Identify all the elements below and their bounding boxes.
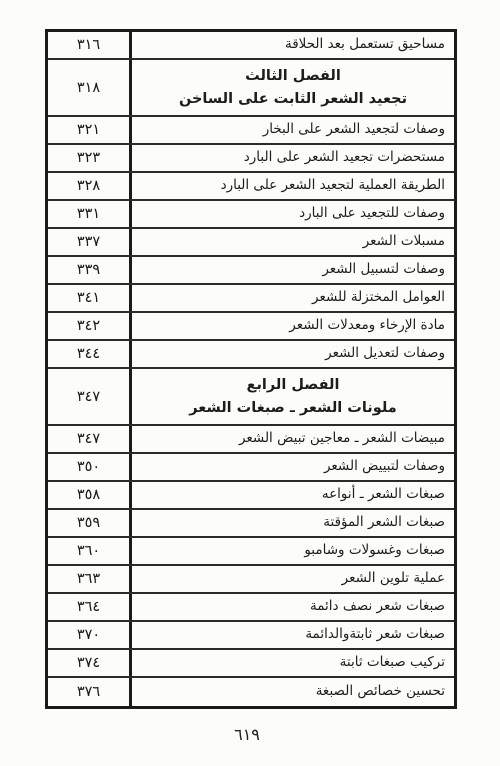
toc-entry-title: وصفات لتبييض الشعر	[132, 454, 454, 480]
toc-page-number: ٣٤٤	[48, 341, 132, 367]
toc-page-number: ٣٤٢	[48, 313, 132, 339]
toc-entry-title: وصفات لتجعيد الشعر على البخار	[132, 117, 454, 143]
toc-item-row: ٣٤٧مبيضات الشعر ـ معاجين تبيض الشعر	[48, 426, 454, 454]
toc-entry-title: مساحيق تستعمل بعد الحلاقة	[132, 32, 454, 58]
toc-page-number: ٣١٦	[48, 32, 132, 58]
chapter-subtitle: تجعيد الشعر الثابت على الساخن	[136, 91, 450, 108]
toc-chapter-title: الفصل الثالثتجعيد الشعر الثابت على الساخ…	[132, 60, 454, 115]
toc-item-row: ٣٧٤تركيب صبغات ثابتة	[48, 650, 454, 678]
toc-entry-title: صبغات الشعر ـ أنواعه	[132, 482, 454, 508]
toc-page-number: ٣٧٠	[48, 622, 132, 648]
toc-page-number: ٣٥٩	[48, 510, 132, 536]
toc-item-row: ٣٧٠صبغات شعر ثابتةوالدائمة	[48, 622, 454, 650]
toc-item-row: ٣٥٩صبغات الشعر المؤقتة	[48, 510, 454, 538]
toc-page-number: ٣٦٤	[48, 594, 132, 620]
toc-entry-title: صبغات شعر ثابتةوالدائمة	[132, 622, 454, 648]
toc-item-row: ٣٢١وصفات لتجعيد الشعر على البخار	[48, 117, 454, 145]
toc-entry-title: صبغات الشعر المؤقتة	[132, 510, 454, 536]
toc-entry-title: صبغات شعر نصف دائمة	[132, 594, 454, 620]
toc-entry-title: مبيضات الشعر ـ معاجين تبيض الشعر	[132, 426, 454, 452]
toc-page-number: ٣٦٠	[48, 538, 132, 564]
toc-page-number: ٣٣٧	[48, 229, 132, 255]
toc-entry-title: وصفات لتسبيل الشعر	[132, 257, 454, 283]
toc-page-number: ٣٥٨	[48, 482, 132, 508]
toc-item-row: ٣٦٠صبغات وغسولات وشامبو	[48, 538, 454, 566]
toc-item-row: ٣٤٢مادة الإرخاء ومعدلات الشعر	[48, 313, 454, 341]
toc-entry-title: مسبلات الشعر	[132, 229, 454, 255]
toc-item-row: ٣٥٨صبغات الشعر ـ أنواعه	[48, 482, 454, 510]
toc-entry-title: تركيب صبغات ثابتة	[132, 650, 454, 676]
toc-entry-title: عملية تلوين الشعر	[132, 566, 454, 592]
toc-entry-title: وصفات للتجعيد على البارد	[132, 201, 454, 227]
toc-page-number: ٣٢٣	[48, 145, 132, 171]
chapter-heading: الفصل الثالث	[136, 68, 450, 85]
toc-item-row: ٣٤١العوامل المختزلة للشعر	[48, 285, 454, 313]
toc-item-row: ٣٣٧مسبلات الشعر	[48, 229, 454, 257]
chapter-heading: الفصل الرابع	[136, 377, 450, 394]
toc-page-number: ٣٦٣	[48, 566, 132, 592]
toc-entry-title: العوامل المختزلة للشعر	[132, 285, 454, 311]
toc-chapter-title: الفصل الرابعملونات الشعر ـ صبغات الشعر	[132, 369, 454, 424]
toc-chapter-row: ٣٤٧الفصل الرابعملونات الشعر ـ صبغات الشع…	[48, 369, 454, 426]
toc-item-row: ٣٧٦تحسين خصائص الصبغة	[48, 678, 454, 706]
toc-entry-title: الطريقة العملية لتجعيد الشعر على البارد	[132, 173, 454, 199]
toc-item-row: ٣٦٣عملية تلوين الشعر	[48, 566, 454, 594]
toc-item-row: ٣٣٩وصفات لتسبيل الشعر	[48, 257, 454, 285]
toc-item-row: ٣٢٨الطريقة العملية لتجعيد الشعر على البا…	[48, 173, 454, 201]
toc-item-row: ٣٦٤صبغات شعر نصف دائمة	[48, 594, 454, 622]
toc-page-number: ٣٤٧	[48, 369, 132, 424]
toc-entry-title: مستحضرات تجعيد الشعر على البارد	[132, 145, 454, 171]
toc-page-number: ٣٥٠	[48, 454, 132, 480]
scanned-book-page: ٣١٦مساحيق تستعمل بعد الحلاقة٣١٨الفصل الث…	[0, 0, 500, 766]
toc-page-number: ٣٧٤	[48, 650, 132, 676]
toc-item-row: ٣٣١وصفات للتجعيد على البارد	[48, 201, 454, 229]
toc-chapter-row: ٣١٨الفصل الثالثتجعيد الشعر الثابت على ال…	[48, 60, 454, 117]
toc-entry-title: تحسين خصائص الصبغة	[132, 678, 454, 706]
toc-page-number: ٣٤١	[48, 285, 132, 311]
toc-page-number: ٣٣٩	[48, 257, 132, 283]
toc-item-row: ٣١٦مساحيق تستعمل بعد الحلاقة	[48, 32, 454, 60]
toc-page-number: ٣٤٧	[48, 426, 132, 452]
toc-table: ٣١٦مساحيق تستعمل بعد الحلاقة٣١٨الفصل الث…	[45, 29, 457, 709]
toc-entry-title: صبغات وغسولات وشامبو	[132, 538, 454, 564]
toc-page-number: ٣٣١	[48, 201, 132, 227]
toc-page-number: ٣٢٨	[48, 173, 132, 199]
toc-item-row: ٣٤٤وصفات لتعديل الشعر	[48, 341, 454, 369]
toc-page-number: ٣٢١	[48, 117, 132, 143]
toc-entry-title: مادة الإرخاء ومعدلات الشعر	[132, 313, 454, 339]
toc-entry-title: وصفات لتعديل الشعر	[132, 341, 454, 367]
toc-item-row: ٣٥٠وصفات لتبييض الشعر	[48, 454, 454, 482]
toc-page-number: ٣١٨	[48, 60, 132, 115]
toc-page-number: ٣٧٦	[48, 678, 132, 706]
chapter-subtitle: ملونات الشعر ـ صبغات الشعر	[136, 400, 450, 417]
footer-page-number: ٦١٩	[0, 725, 494, 744]
toc-item-row: ٣٢٣مستحضرات تجعيد الشعر على البارد	[48, 145, 454, 173]
